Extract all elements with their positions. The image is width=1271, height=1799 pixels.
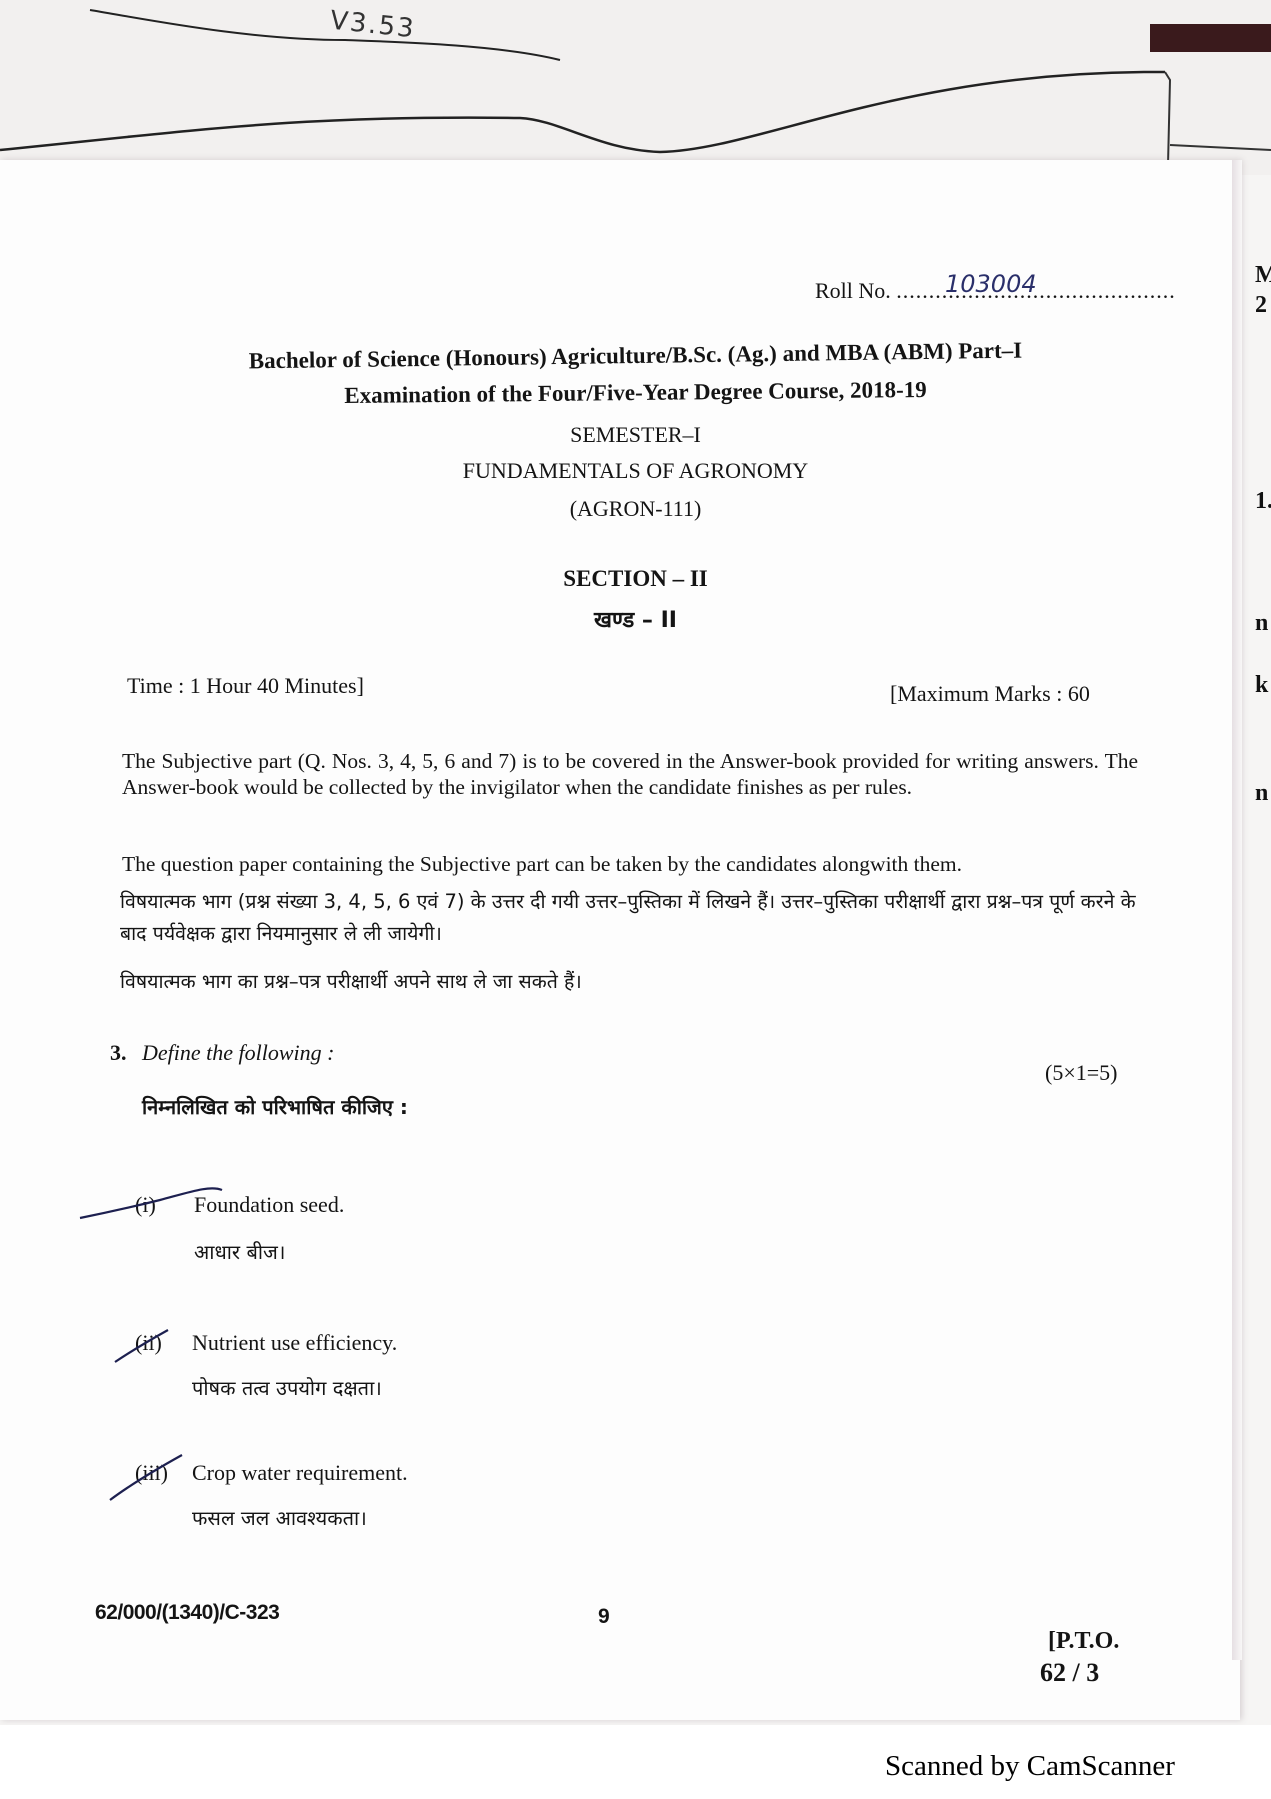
question-prompt-hindi: निम्नलिखित को परिभाषित कीजिए : — [142, 1093, 408, 1120]
sub-question-text: Foundation seed. — [194, 1192, 344, 1218]
section-heading: SECTION – II — [0, 566, 1271, 592]
instruction-en-2: The question paper containing the Subjec… — [122, 851, 1138, 877]
question-3: 3. Define the following : — [110, 1040, 334, 1066]
please-turn-over: [P.T.O. — [1048, 1628, 1119, 1655]
sub-question-text-hindi: पोषक तत्व उपयोग दक्षता। — [192, 1374, 382, 1401]
sub-question-text-hindi: आधार बीज। — [194, 1238, 285, 1265]
question-marks: (5×1=5) — [1045, 1060, 1117, 1086]
paper-code: 62/000/(1340)/C-323 — [95, 1601, 279, 1625]
subject-name: FUNDAMENTALS OF AGRONOMY — [0, 458, 1271, 484]
instruction-en-1: The Subjective part (Q. Nos. 3, 4, 5, 6 … — [122, 748, 1138, 800]
semester: SEMESTER–I — [0, 422, 1271, 448]
roll-number: Roll No. ...............................… — [815, 278, 1176, 304]
sub-question-text: Crop water requirement. — [192, 1460, 408, 1486]
page-reference: 62 / 3 — [1040, 1658, 1099, 1688]
maximum-marks: [Maximum Marks : 60 — [890, 681, 1090, 707]
question-prompt: Define the following : — [142, 1040, 334, 1065]
instruction-hi-1: विषयात्मक भाग (प्रश्न संख्या 3, 4, 5, 6 … — [120, 886, 1140, 950]
sub-question-text-hindi: फसल जल आवश्यकता। — [192, 1504, 367, 1531]
sub-question-text: Nutrient use efficiency. — [192, 1330, 397, 1356]
roll-label: Roll No. — [815, 278, 891, 303]
instruction-hi-2: विषयात्मक भाग का प्रश्न–पत्र परीक्षार्थी… — [120, 966, 1140, 998]
course-code: (AGRON-111) — [0, 496, 1271, 522]
edge-fragment: 2 — [1255, 292, 1267, 319]
page-number: 9 — [598, 1605, 610, 1629]
roll-value: 103004 — [945, 270, 1037, 298]
sub-question-number: (i) — [135, 1192, 156, 1218]
question-number: 3. — [110, 1040, 127, 1065]
section-heading-hindi: खण्ड – II — [0, 604, 1271, 634]
sub-question-number: (iii) — [135, 1460, 168, 1486]
edge-fragment: k — [1255, 672, 1268, 699]
edge-fragment: n — [1255, 780, 1268, 807]
time-allowed: Time : 1 Hour 40 Minutes] — [127, 673, 364, 699]
scanner-watermark: Scanned by CamScanner — [885, 1750, 1175, 1783]
edge-fragment: M — [1255, 262, 1271, 289]
sub-question-number: (ii) — [135, 1330, 162, 1356]
